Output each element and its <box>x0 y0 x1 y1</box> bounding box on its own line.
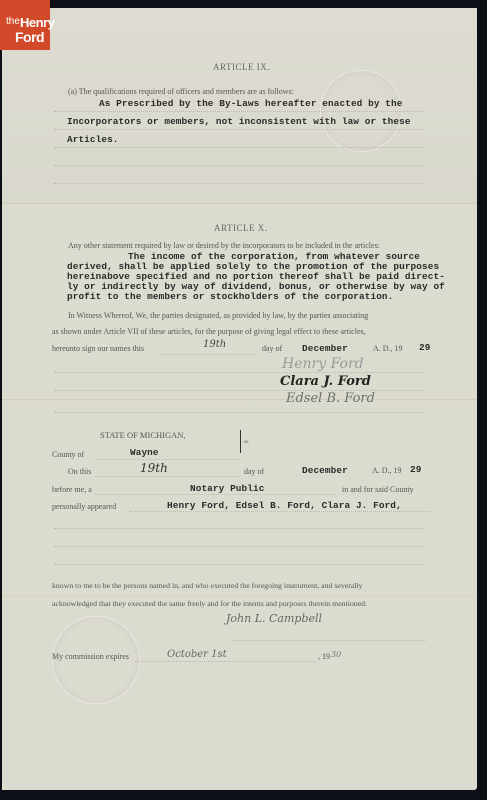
appeared-label: personally appeared <box>52 502 116 511</box>
form-rule <box>54 412 424 413</box>
logo-ford: Ford <box>15 29 44 45</box>
form-rule <box>95 459 240 460</box>
article-x-typed-line: profit to the members or stockholders of… <box>67 291 393 302</box>
day-of-label: day of <box>244 467 264 476</box>
article-ix-prompt: (a) The qualifications required of offic… <box>68 87 294 96</box>
witness-day-handwritten: 19th <box>203 339 226 350</box>
fold-line <box>2 399 477 401</box>
form-rule <box>130 511 430 512</box>
notary-title: Notary Public <box>190 483 264 494</box>
form-rule <box>160 354 255 355</box>
form-rule <box>95 494 335 495</box>
appeared-persons: Henry Ford, Edsel B. Ford, Clara J. Ford… <box>167 500 402 511</box>
form-rule <box>54 129 424 130</box>
acknowledged-line: acknowledged that they executed the same… <box>52 599 367 608</box>
known-line: known to me to be the persons named in, … <box>52 581 363 590</box>
commission-label: My commission expires <box>52 652 129 661</box>
form-rule <box>54 564 424 565</box>
county-label: County of <box>52 450 84 459</box>
form-rule <box>54 546 424 547</box>
logo-henry: Henry <box>20 15 54 30</box>
form-rule <box>54 165 424 166</box>
notary-month: December <box>302 465 348 476</box>
notary-year: 29 <box>410 464 421 475</box>
ss-label: ss. <box>244 440 249 445</box>
article-ix-typed-line: Articles. <box>67 134 119 145</box>
article-ix-heading: ARTICLE IX. <box>213 62 270 72</box>
on-this-label: On this <box>68 467 91 476</box>
ad-label: A. D., 19 <box>373 344 403 353</box>
notary-day-handwritten: 19th <box>140 461 168 475</box>
fold-line <box>2 203 477 205</box>
signature-edsel-ford: Edsel B. Ford <box>286 391 375 406</box>
day-of-label: day of <box>262 344 282 353</box>
witness-sign-prefix: hereunto sign our names this <box>52 344 144 353</box>
ad-label: A. D., 19 <box>372 466 402 475</box>
form-rule <box>54 528 424 529</box>
signature-henry-ford: Henry Ford <box>282 356 364 372</box>
venue-brace <box>240 430 241 453</box>
article-ix-typed-line: Incorporators or members, not inconsiste… <box>67 116 411 127</box>
form-rule <box>54 111 424 112</box>
fold-line <box>2 595 477 597</box>
form-rule <box>54 147 424 148</box>
form-rule <box>54 183 424 184</box>
witness-year: 29 <box>419 342 430 353</box>
county-value: Wayne <box>130 447 159 458</box>
logo-the: the <box>6 16 20 27</box>
form-rule <box>54 372 424 373</box>
witness-line: In Witness Whereof, We, the parties desi… <box>68 311 368 320</box>
henry-ford-logo: the Henry Ford <box>0 0 50 50</box>
before-me-label: before me, a <box>52 485 92 494</box>
form-rule <box>230 640 425 641</box>
notary-signature: John L. Campbell <box>226 612 322 625</box>
commission-date: October 1st <box>167 649 227 660</box>
article-ix-typed-line: As Prescribed by the By-Laws hereafter e… <box>99 98 402 109</box>
article-x-heading: ARTICLE X. <box>214 223 267 233</box>
witness-month: December <box>302 343 348 354</box>
article-x-prompt: Any other statement required by law or d… <box>68 241 380 250</box>
commission-year: 30 <box>331 650 341 659</box>
witness-line: as shown under Article VII of these arti… <box>52 327 366 336</box>
in-and-for-label: in and for said County <box>342 485 414 494</box>
form-rule <box>135 661 315 662</box>
form-rule <box>95 476 240 477</box>
state-heading: STATE OF MICHIGAN, <box>100 430 186 440</box>
signature-clara-ford: Clara J. Ford <box>280 374 371 389</box>
commission-year-prefix: , 19 <box>318 652 330 661</box>
